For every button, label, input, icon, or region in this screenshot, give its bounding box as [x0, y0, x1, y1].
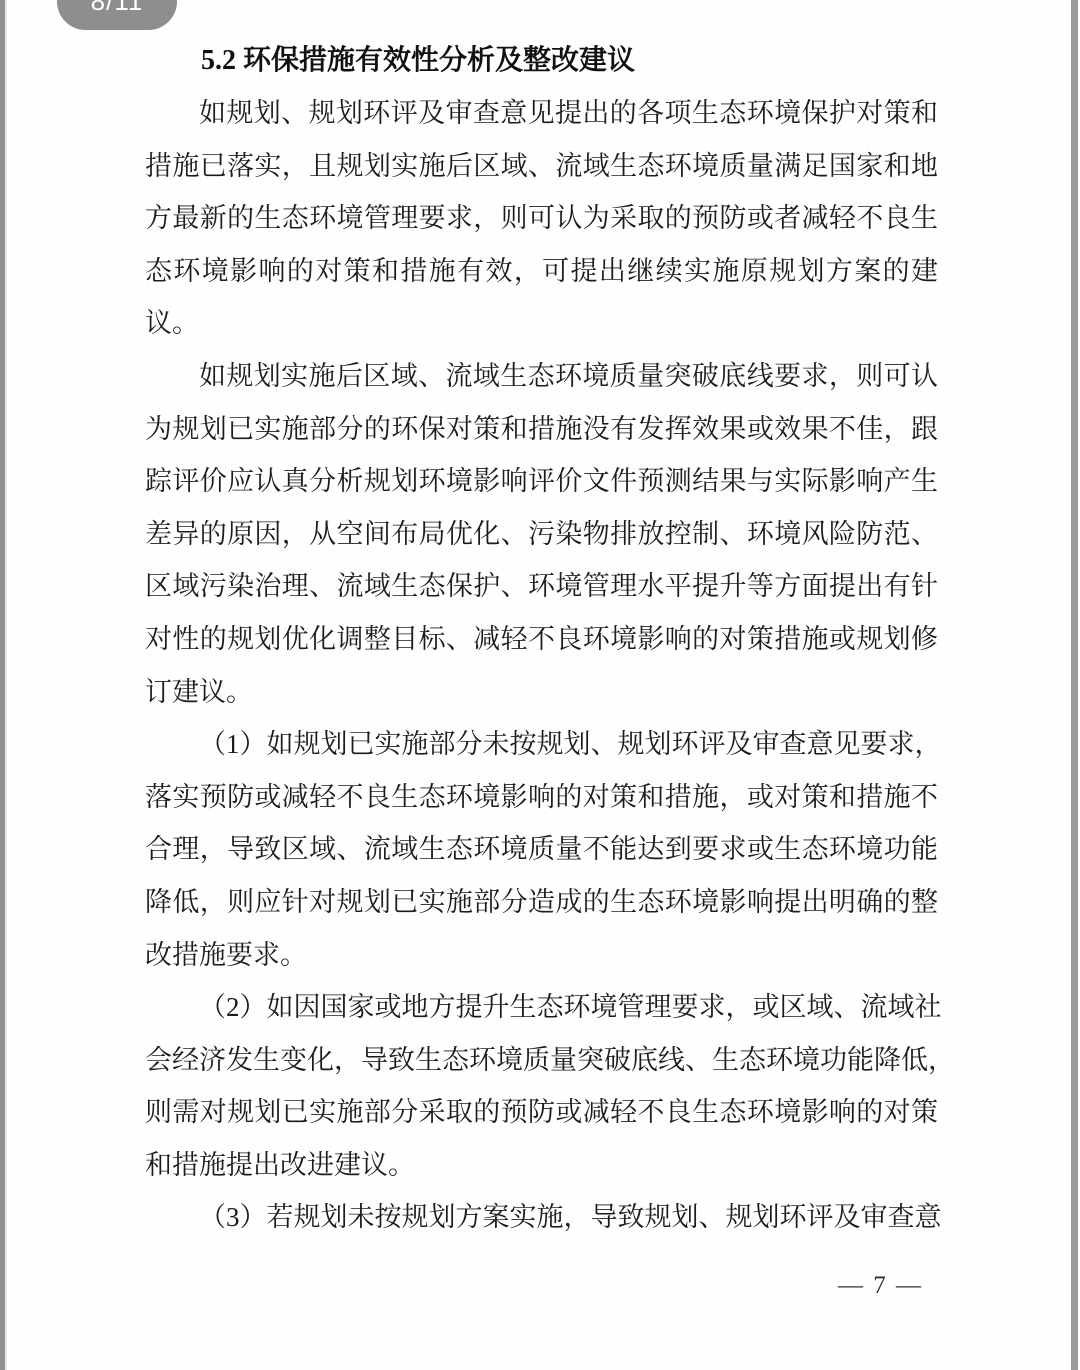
text-line: 为规划已实施部分的环保对策和措施没有发挥效果或效果不佳，跟 [145, 403, 938, 456]
text-line: 则需对规划已实施部分采取的预防或减轻不良生态环境影响的对策 [145, 1086, 938, 1139]
text-line: （3）若规划未按规划方案实施，导致规划、规划环评及审查意 [145, 1191, 938, 1244]
text-line: 方最新的生态环境管理要求，则可认为采取的预防或者减轻不良生 [145, 192, 938, 245]
text-line: 落实预防或减轻不良生态环境影响的对策和措施，或对策和措施不 [145, 771, 938, 824]
text-line: 差异的原因，从空间布局优化、污染物排放控制、环境风险防范、 [145, 508, 938, 561]
text-line: 态环境影响的对策和措施有效，可提出继续实施原规划方案的建 [145, 245, 938, 298]
text-line: 措施已落实，且规划实施后区域、流域生态环境质量满足国家和地 [145, 140, 938, 193]
text-line: 订建议。 [145, 666, 938, 719]
text-line: 如规划、规划环评及审查意见提出的各项生态环境保护对策和 [145, 87, 938, 140]
text-line: 踪评价应认真分析规划环境影响评价文件预测结果与实际影响产生 [145, 455, 938, 508]
text-line: 和措施提出改进建议。 [145, 1139, 938, 1192]
page-number: — 7 — [838, 1272, 923, 1300]
text-line: 区域污染治理、流域生态保护、环境管理水平提升等方面提出有针 [145, 560, 938, 613]
section-heading: 5.2 环保措施有效性分析及整改建议 [145, 34, 938, 87]
page-edge-shadow-right [1071, 0, 1078, 1370]
text-line: 会经济发生变化，导致生态环境质量突破底线、生态环境功能降低， [145, 1034, 938, 1087]
text-line: 议。 [145, 297, 938, 350]
document-content: 5.2 环保措施有效性分析及整改建议 如规划、规划环评及审查意见提出的各项生态环… [145, 0, 938, 1244]
text-line: 改措施要求。 [145, 929, 938, 982]
page-edge-shadow-left [0, 0, 7, 1370]
document-page: 8/11 5.2 环保措施有效性分析及整改建议 如规划、规划环评及审查意见提出的… [0, 0, 1080, 1370]
text-line: 如规划实施后区域、流域生态环境质量突破底线要求，则可认 [145, 350, 938, 403]
text-line: （2）如因国家或地方提升生态环境管理要求，或区域、流域社 [145, 981, 938, 1034]
page-indicator-label: 8/11 [91, 0, 144, 17]
text-line: 降低，则应针对规划已实施部分造成的生态环境影响提出明确的整 [145, 876, 938, 929]
paragraphs: 如规划、规划环评及审查意见提出的各项生态环境保护对策和措施已落实，且规划实施后区… [145, 87, 938, 1244]
text-line: （1）如规划已实施部分未按规划、规划环评及审查意见要求， [145, 718, 938, 771]
text-line: 合理，导致区域、流域生态环境质量不能达到要求或生态环境功能 [145, 823, 938, 876]
text-line: 对性的规划优化调整目标、减轻不良环境影响的对策措施或规划修 [145, 613, 938, 666]
